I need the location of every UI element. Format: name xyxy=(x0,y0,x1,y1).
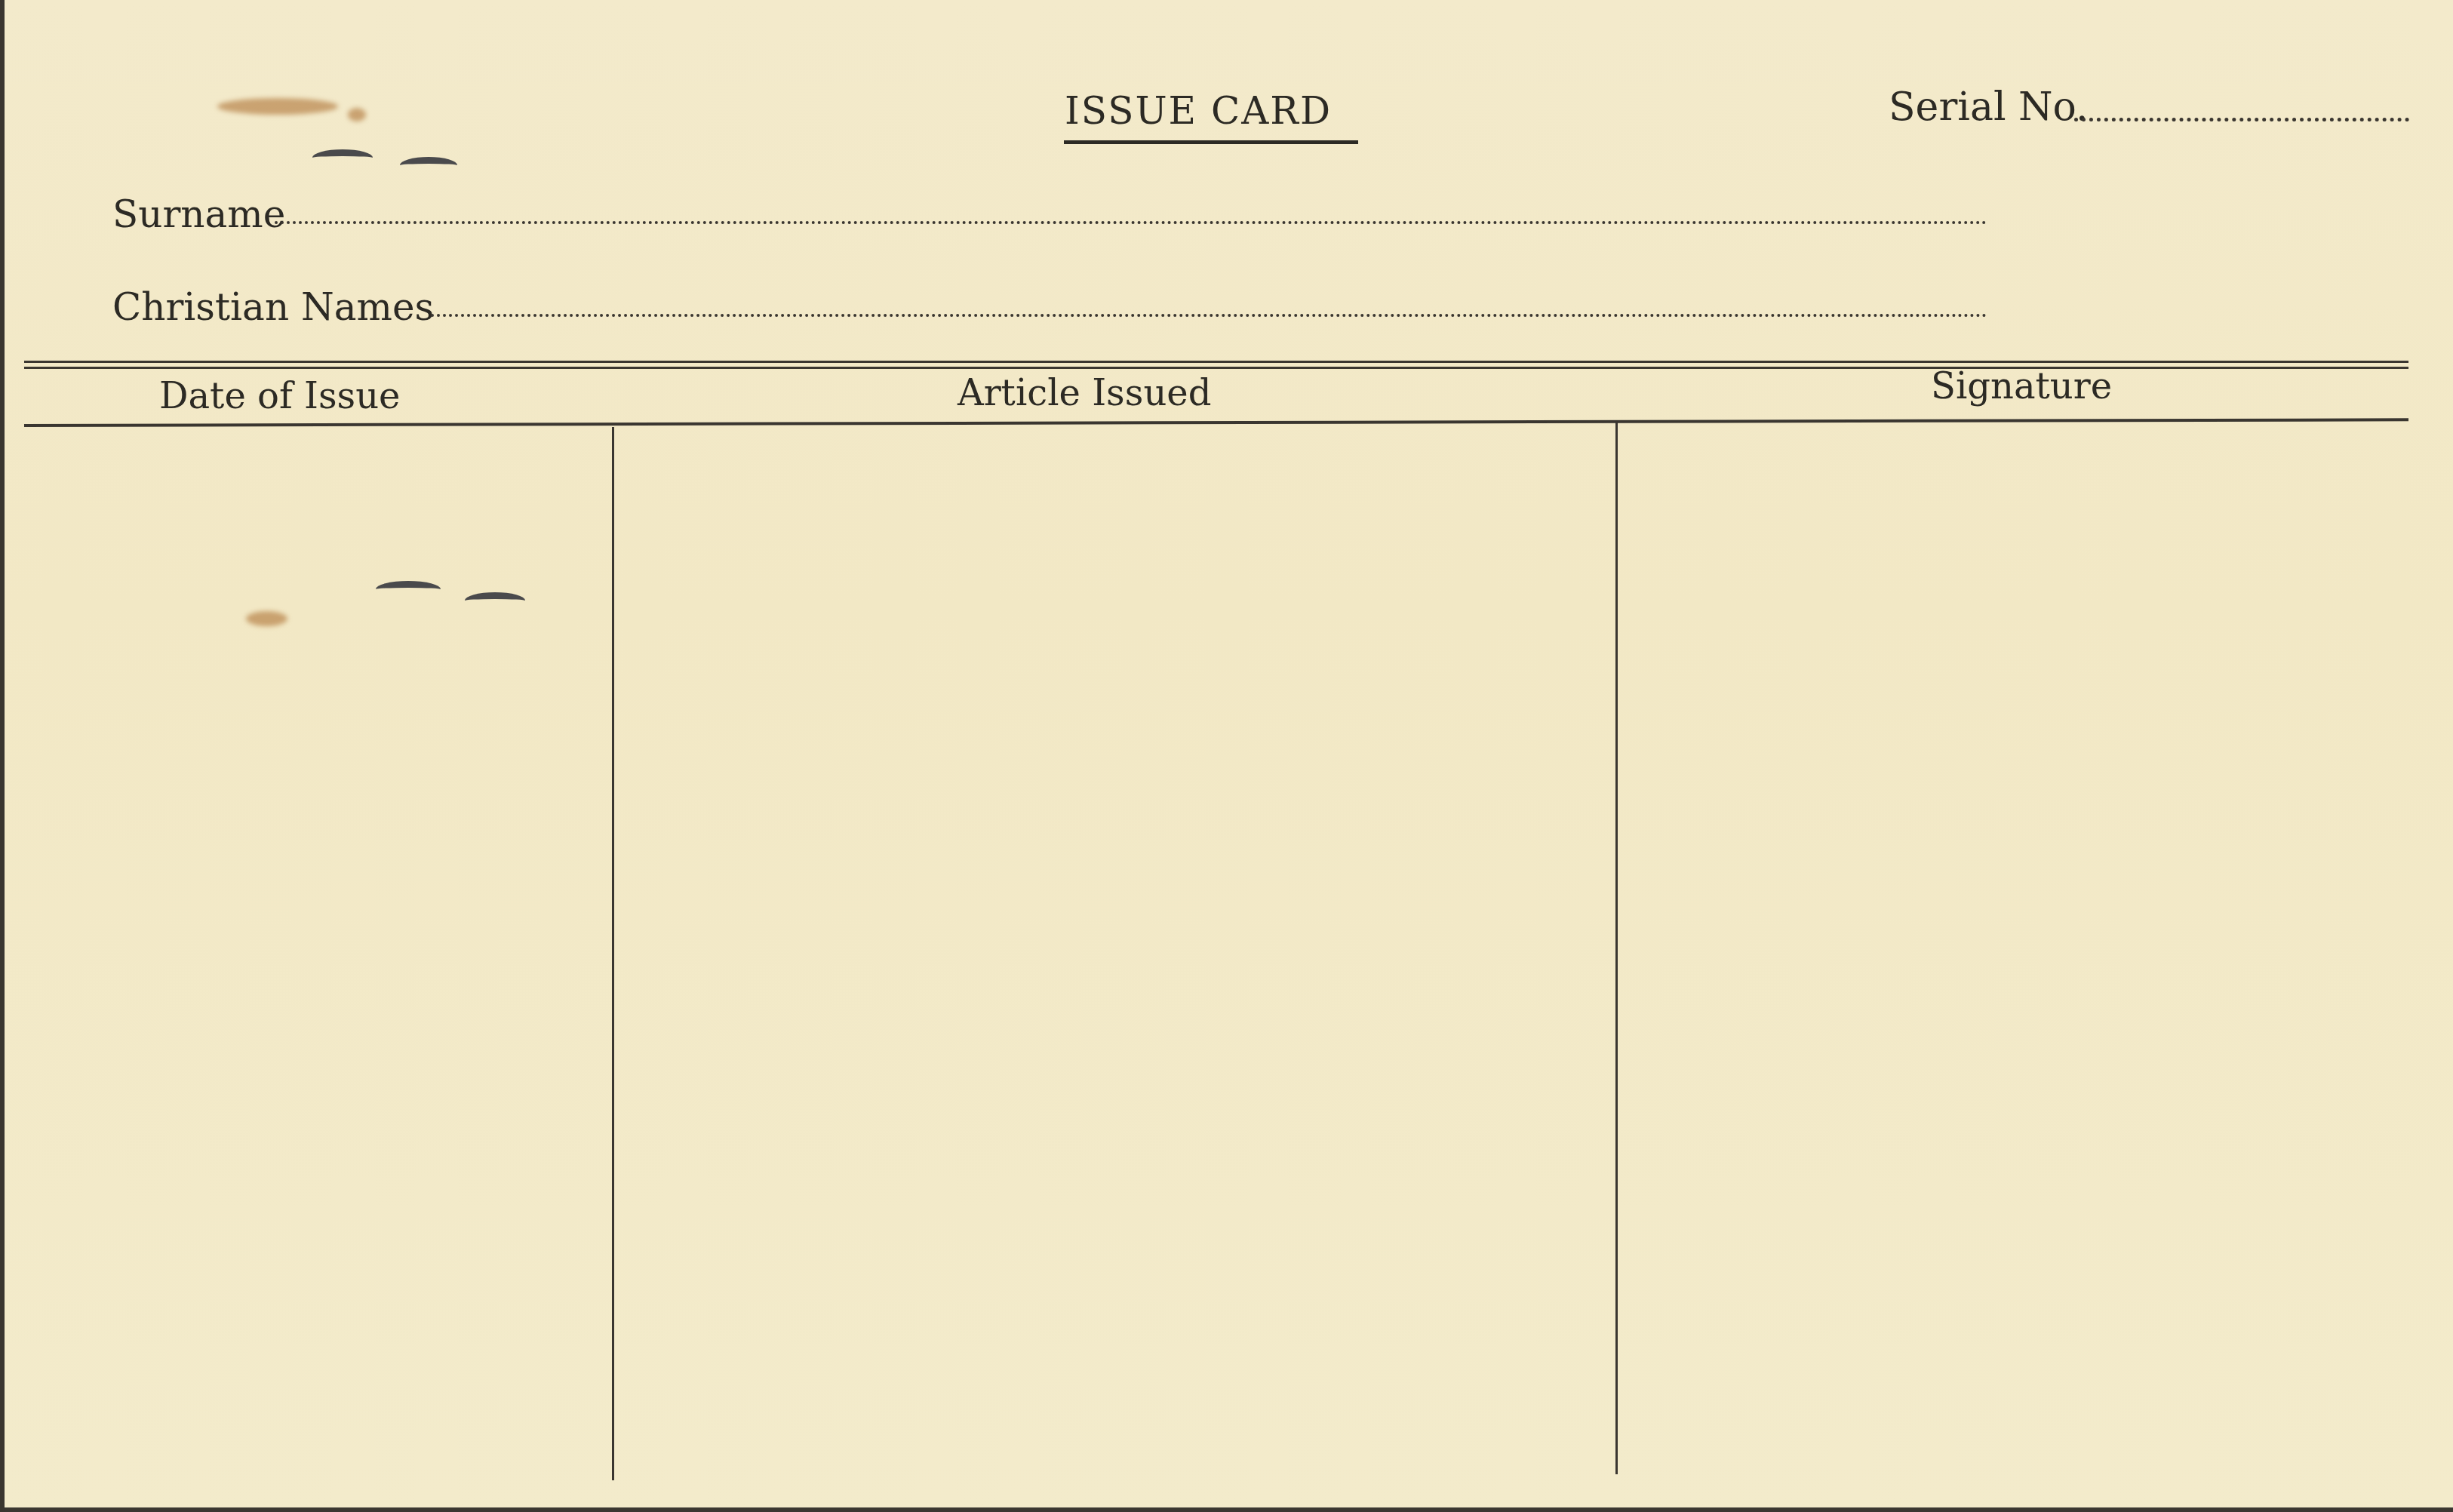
column-divider-1 xyxy=(612,427,614,1480)
article-issued-column[interactable] xyxy=(617,430,1612,1479)
column-divider-2 xyxy=(1615,421,1618,1474)
signature-column[interactable] xyxy=(1621,426,2408,1475)
card-bottom-edge xyxy=(5,1507,2453,1512)
staple-icon xyxy=(312,149,373,166)
serial-number-label: Serial No. xyxy=(1889,85,2088,130)
rust-stain-lower xyxy=(246,611,287,626)
column-header-date-of-issue: Date of Issue xyxy=(159,375,401,417)
christian-names-label: Christian Names xyxy=(112,285,434,329)
surname-label: Surname xyxy=(112,192,285,236)
staple-icon xyxy=(376,581,441,598)
column-header-article-issued: Article Issued xyxy=(958,372,1211,414)
title-underline xyxy=(1064,140,1358,144)
double-rule-top xyxy=(24,361,2408,363)
date-of-issue-column[interactable] xyxy=(27,430,608,1479)
column-header-signature: Signature xyxy=(1931,365,2112,407)
surname-field[interactable] xyxy=(275,221,1987,224)
rust-stain-top xyxy=(217,98,338,115)
card-title: ISSUE CARD xyxy=(1065,89,1332,133)
issue-card: ISSUE CARD Serial No. Surname Christian … xyxy=(0,0,2453,1512)
staple-icon xyxy=(465,592,525,609)
christian-names-field[interactable] xyxy=(431,314,1987,317)
rust-stain-top-dot xyxy=(348,108,366,121)
serial-number-field[interactable] xyxy=(2074,118,2409,121)
staple-icon xyxy=(400,157,457,174)
